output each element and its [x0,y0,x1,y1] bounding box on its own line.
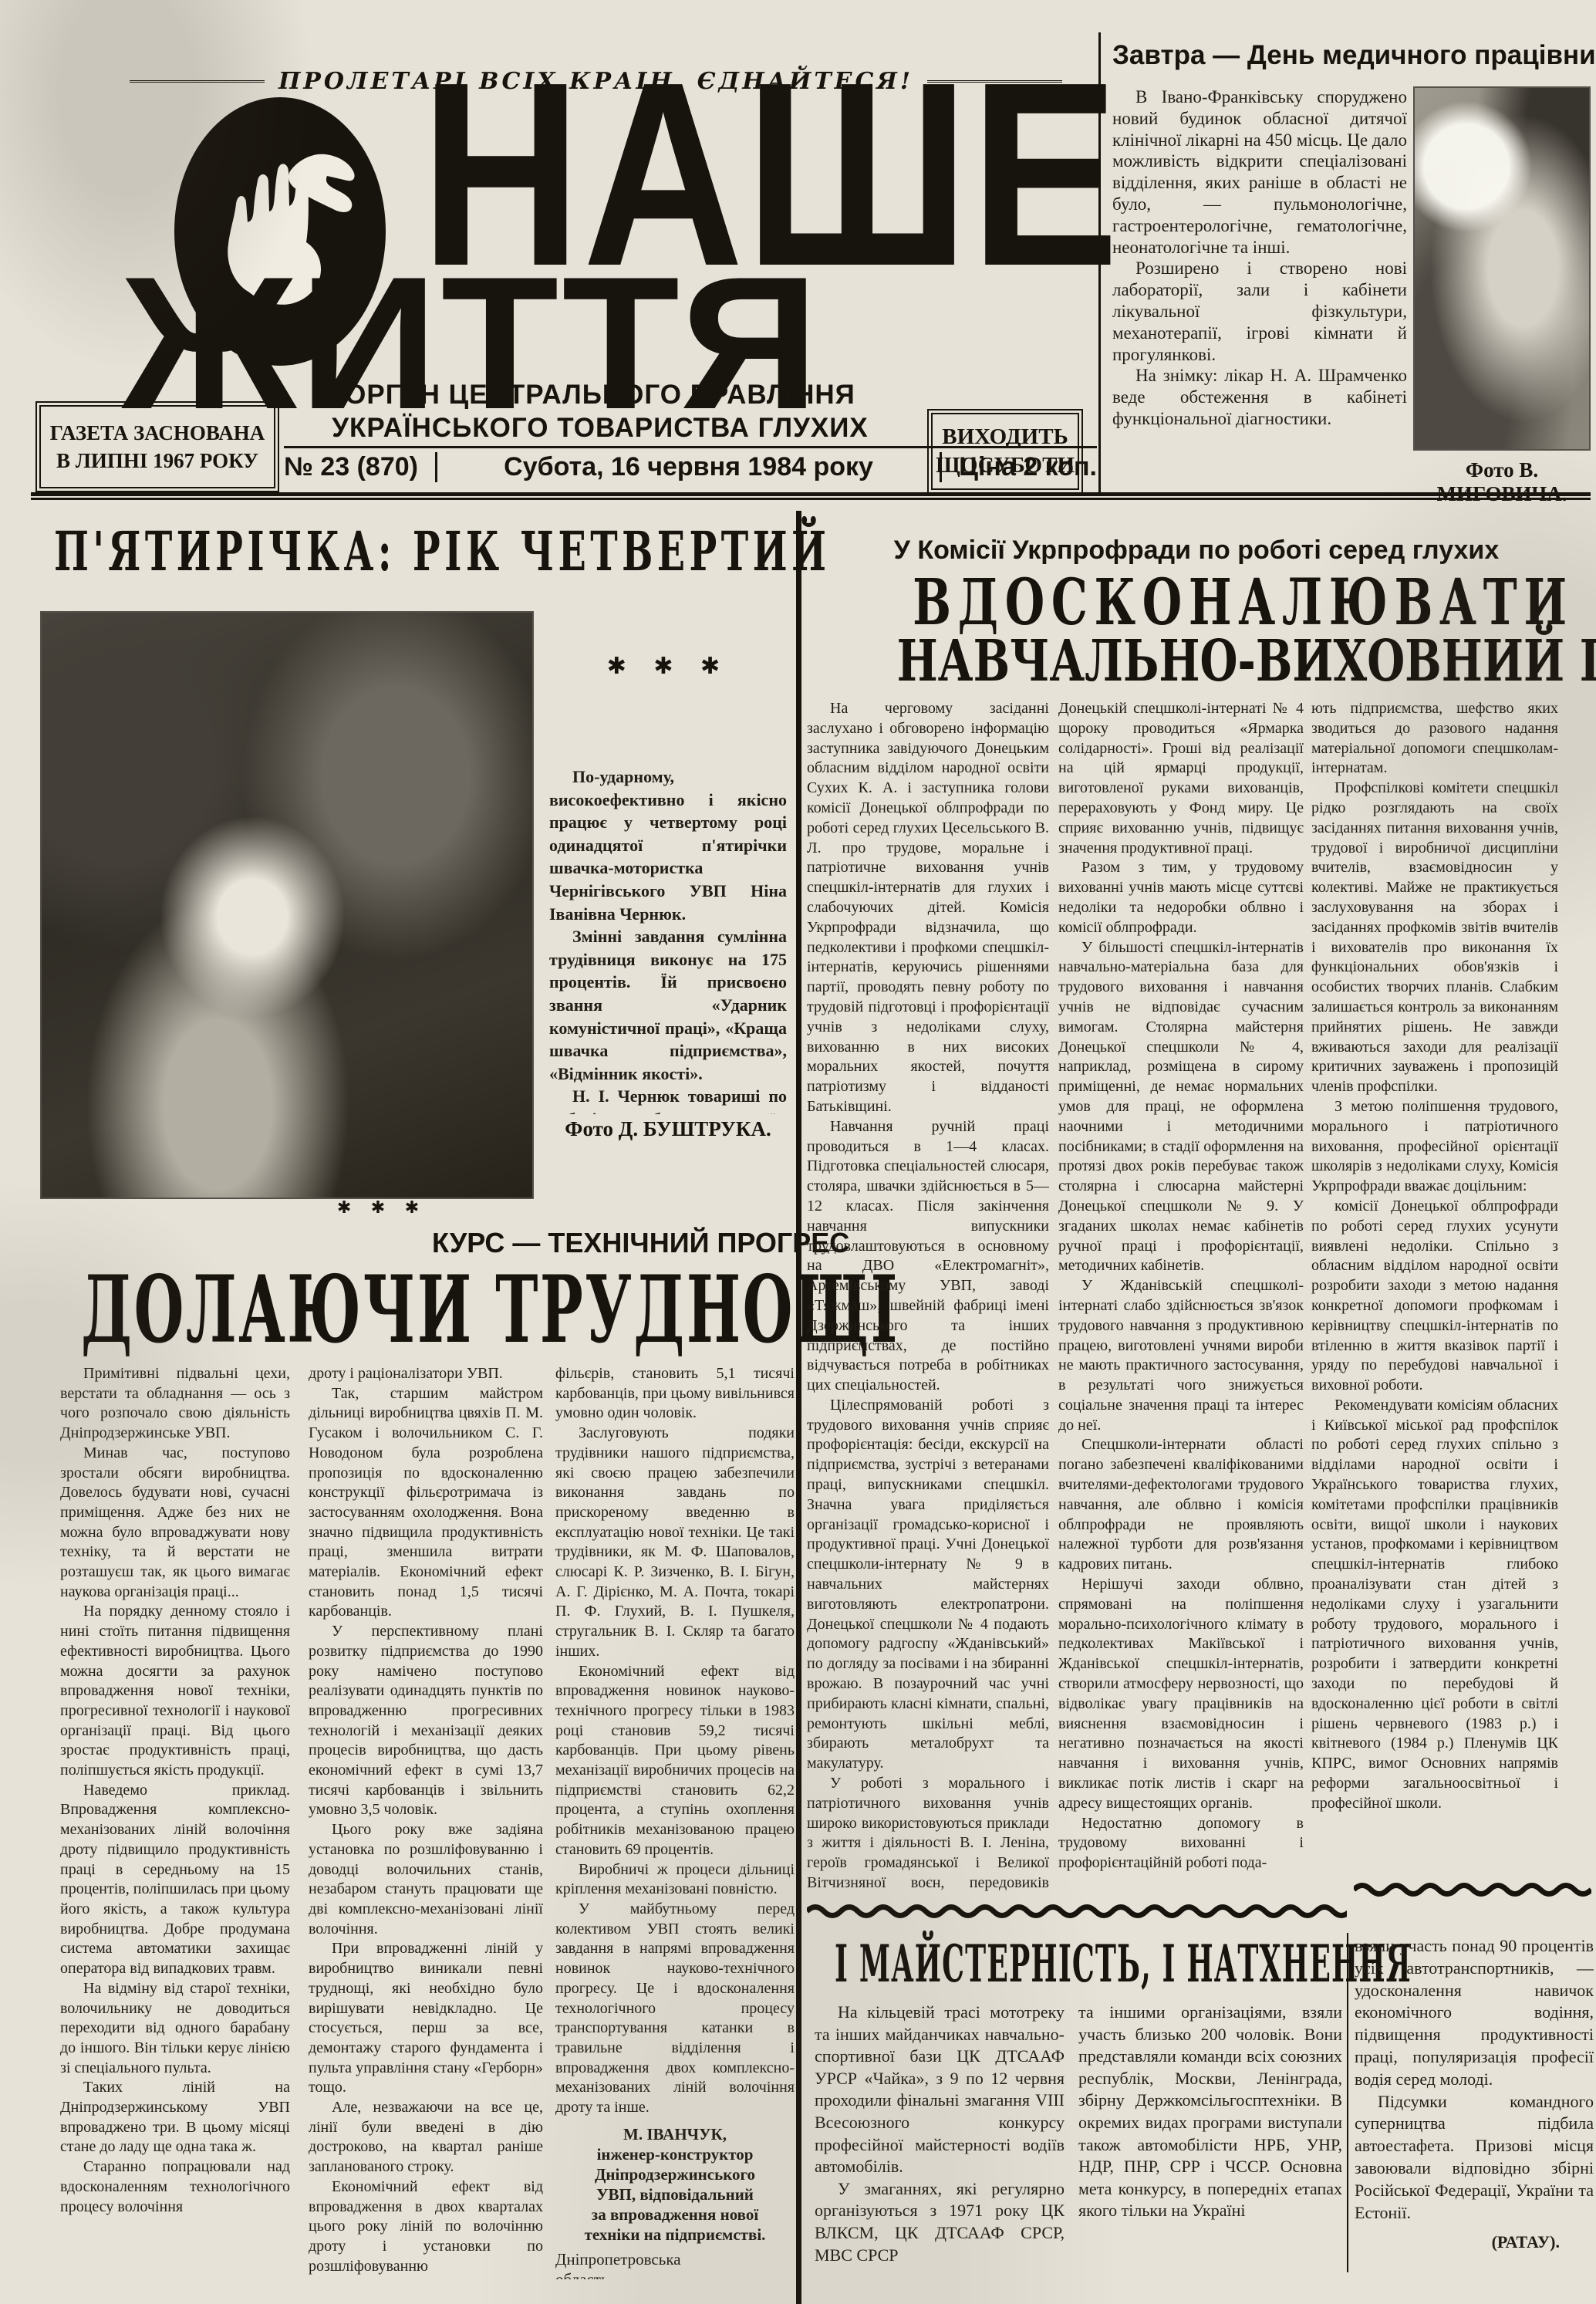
text-line: М. ІВАНЧУК, [555,2124,795,2144]
text-line: В ЛИПНІ 1967 РОКУ [41,447,274,475]
paragraph: Так, старшим майстром дільниці виробницт… [309,1384,543,1622]
dolayuchy-place: Дніпропетровськаобласть. [555,2249,795,2279]
vdoskonalyuvaty-col2: Донецькій спецшколі-інтернаті № 4 щороку… [1058,699,1304,1894]
wavy-divider-left [807,1904,1347,1918]
paragraph: Економічний ефект від впровадження в дво… [309,2177,543,2277]
paragraph: та іншими організаціями, взяли участь бл… [1078,2002,1342,2222]
text-line: Дніпродзержинського [555,2164,795,2184]
paragraph: З метою поліпшення трудового, морального… [1311,1097,1558,1197]
paragraph: На кільцевій трасі мототреку та інших ма… [815,2002,1065,2178]
paragraph: Навчання ручній праці проводиться в 1—4 … [807,1117,1049,1396]
maysternist-col1: На кільцевій трасі мототреку та інших ма… [815,2002,1065,2298]
text-line: за впровадження нової [555,2204,795,2225]
founded-box: ГАЗЕТА ЗАСНОВАНАВ ЛИПНІ 1967 РОКУ [35,401,279,492]
paragraph: Цілеспрямованій роботі з трудового вихов… [807,1396,1049,1774]
dolayuchy-headline: ДОЛАЮЧИ ТРУДНОЩІ [81,1264,899,1356]
issue-row: № 23 (870) Субота, 16 червня 1984 року Ц… [284,452,1097,482]
paragraph: Старанно попрацювали над вдосконаленням … [60,2157,290,2217]
pyatyrichka-photo-credit: Фото Д. БУШТРУКА. [549,1117,787,1141]
bottom-vertical-divider [1347,1933,1348,2272]
asterisk-ornament-small: ✱ ✱ ✱ [309,1198,455,1218]
pyatyrichka-headline: П'ЯТИРІЧКА: РІК ЧЕТВЕРТИЙ [54,525,830,579]
paragraph: У майбутньому перед колективом УВП стоят… [555,1900,795,2118]
text-line: інженер-конструктор [555,2144,795,2164]
text-line: область. [555,2269,795,2279]
text-line: УВП, відповідальний [555,2184,795,2204]
paragraph: На черговому засіданні заслухано і обгов… [807,699,1049,1117]
text-line: Дніпропетровська [555,2249,795,2269]
maysternist-headline: І МАЙСТЕРНІСТЬ, І НАТХНЕННЯ [835,1938,1412,1989]
paragraph: дроту і раціоналізатори УВП. [309,1364,543,1384]
vdoskonalyuvaty-headline-line2: НАВЧАЛЬНО-ВИХОВНИЙ ПРОЦЕС [897,633,1496,690]
dolayuchy-col3: фільєрів, становить 5,1 тисячі карбованц… [555,1364,795,2279]
paragraph: фільєрів, становить 5,1 тисячі карбованц… [555,1364,795,1424]
dolayuchy-col2: дроту і раціоналізатори УВП.Так, старшим… [309,1364,543,2279]
text-line: ОРГАН ЦЕНТРАЛЬНОГО ПРАВЛІННЯ [292,378,909,411]
text-line: ГАЗЕТА ЗАСНОВАНА [41,419,274,447]
vdoskonalyuvaty-col3: ють підприємства, шефство яких зводиться… [1311,699,1558,1869]
paragraph: При впровадженні ліній у виробництво вин… [309,1939,543,2098]
paragraph: На порядку денному стояло і нині стоїть … [60,1602,290,1780]
issue-price: Ціна 2 коп. [959,452,1097,482]
ratau-text: взяли участь понад 90 процентів усіх авт… [1355,1935,1594,2224]
dolayuchy-col3-text: фільєрів, становить 5,1 тисячі карбованц… [555,1364,795,2118]
paragraph: Нерішучі заходи облвно, спрямовані на по… [1058,1575,1304,1814]
text-line: техніки на підприємстві. [555,2225,795,2245]
vdoskonalyuvaty-headline-line1: ВДОСКОНАЛЮВАТИ [913,571,1480,634]
maysternist-col2: та іншими організаціями, взяли участь бл… [1078,2002,1342,2298]
ratau-signature: (РАТАУ). [1355,2231,1594,2254]
pyatyrichka-text: По-ударному, високоефективно і якісно пр… [549,765,787,1114]
paragraph: На відміну від старої техніки, волочильн… [60,1979,290,2079]
vdoskonalyuvaty-kicker: У Комісії Укрпрофради по роботі серед гл… [802,535,1591,566]
paragraph: Недостатню допомогу в трудовому вихованн… [1058,1814,1304,1873]
issue-date: Субота, 16 червня 1984 року [454,452,923,482]
paragraph: ють підприємства, шефство яких зводиться… [1311,699,1558,779]
seamstress-photo [40,611,534,1199]
paragraph: На знімку: лікар Н. А. Шрамченко веде об… [1112,365,1407,429]
paragraph: Рекомендувати комісіям обласних і Київсь… [1311,1396,1558,1814]
issue-number: № 23 (870) [284,452,418,482]
paragraph: Минав час, поступово зростали обсяги вир… [60,1444,290,1603]
asterisk-ornament: ✱ ✱ ✱ [549,653,788,680]
ratau-col: взяли участь понад 90 процентів усіх авт… [1355,1935,1594,2259]
paragraph: У роботі з морального і патріотичного ви… [807,1774,1049,1894]
paragraph: Профспілкові комітети спецшкіл рідко роз… [1311,779,1558,1097]
paragraph: комісії Донецької облпрофради по роботі … [1311,1197,1558,1396]
paragraph: Цього року вже задіяна установка по розш… [309,1820,543,1939]
newspaper-page: ПРОЛЕТАРІ ВСІХ КРАІН, ЄДНАЙТЕСЯ! НАШЕ ЖИ… [0,0,1596,2304]
medical-photo-credit: Фото В. МИГОВИЧА. [1413,458,1591,506]
paragraph: Економічний ефект від впровадження новин… [555,1662,795,1860]
paragraph: взяли участь понад 90 процентів усіх авт… [1355,1935,1594,2091]
paragraph: Але, незважаючи на все це, лінії були вв… [309,2098,543,2177]
paragraph: У перспективному плані розвитку підприєм… [309,1622,543,1820]
paragraph: Спецшколи-інтернати області погано забез… [1058,1435,1304,1575]
medical-article-headline: Завтра — День медичного працівника [1112,40,1591,71]
paragraph: Наведемо приклад. Впровадження комплексн… [60,1781,290,1979]
wavy-divider-right [1354,1883,1591,1897]
medical-photo [1413,86,1591,451]
issue-separator [435,452,437,482]
dolayuchy-kicker: КУРС — ТЕХНІЧНИЙ ПРОГРЕС [432,1227,825,1259]
paragraph: По-ударному, високоефективно і якісно пр… [549,765,787,925]
masthead-thin-rule [284,446,1097,448]
dolayuchy-col1: Примітивні підвальні цехи, верстати та о… [60,1364,290,2279]
paragraph: Виробничі ж процеси дільниці кріплення м… [555,1860,795,1900]
paragraph: Змінні завдання сумлінна трудівниця вико… [549,925,787,1085]
dolayuchy-byline: М. ІВАНЧУК,інженер-конструкторДніпродзер… [555,2124,795,2245]
paragraph: Таких ліній на Дніпродзержинському УВП в… [60,2078,290,2157]
paragraph: Підсумки командного суперництва підбила … [1355,2091,1594,2225]
organ-statement: ОРГАН ЦЕНТРАЛЬНОГО ПРАВЛІННЯУКРАЇНСЬКОГО… [292,378,909,444]
paragraph: У Жданівській спецшколі-інтернаті слабо … [1058,1276,1304,1435]
paragraph: У змаганнях, які регулярно організуються… [815,2178,1065,2266]
text-line: УКРАЇНСЬКОГО ТОВАРИСТВА ГЛУХИХ [292,411,909,444]
paragraph: У більшості спецшкіл-інтернатів навчальн… [1058,938,1304,1277]
masthead-vertical-rule [1098,32,1101,492]
paragraph: Примітивні підвальні цехи, верстати та о… [60,1364,290,1444]
vdoskonalyuvaty-col1: На черговому засіданні заслухано і обгов… [807,699,1049,1894]
main-vertical-divider [796,511,801,2304]
paragraph: Разом з тим, у трудовому вихованні учнів… [1058,858,1304,937]
medical-article-text: В Івано-Франківську споруджено новий буд… [1112,86,1407,495]
paragraph: В Івано-Франківську споруджено новий буд… [1112,86,1407,258]
paragraph: Н. І. Чернюк товариші по роботі обрали с… [549,1085,787,1114]
issue-separator2 [940,452,942,482]
paragraph: Заслуговують подяки трудівники нашого пі… [555,1424,795,1661]
paragraph: Розширено і створено нові лабораторії, з… [1112,258,1407,365]
paragraph: Донецькій спецшколі-інтернаті № 4 щороку… [1058,699,1304,858]
